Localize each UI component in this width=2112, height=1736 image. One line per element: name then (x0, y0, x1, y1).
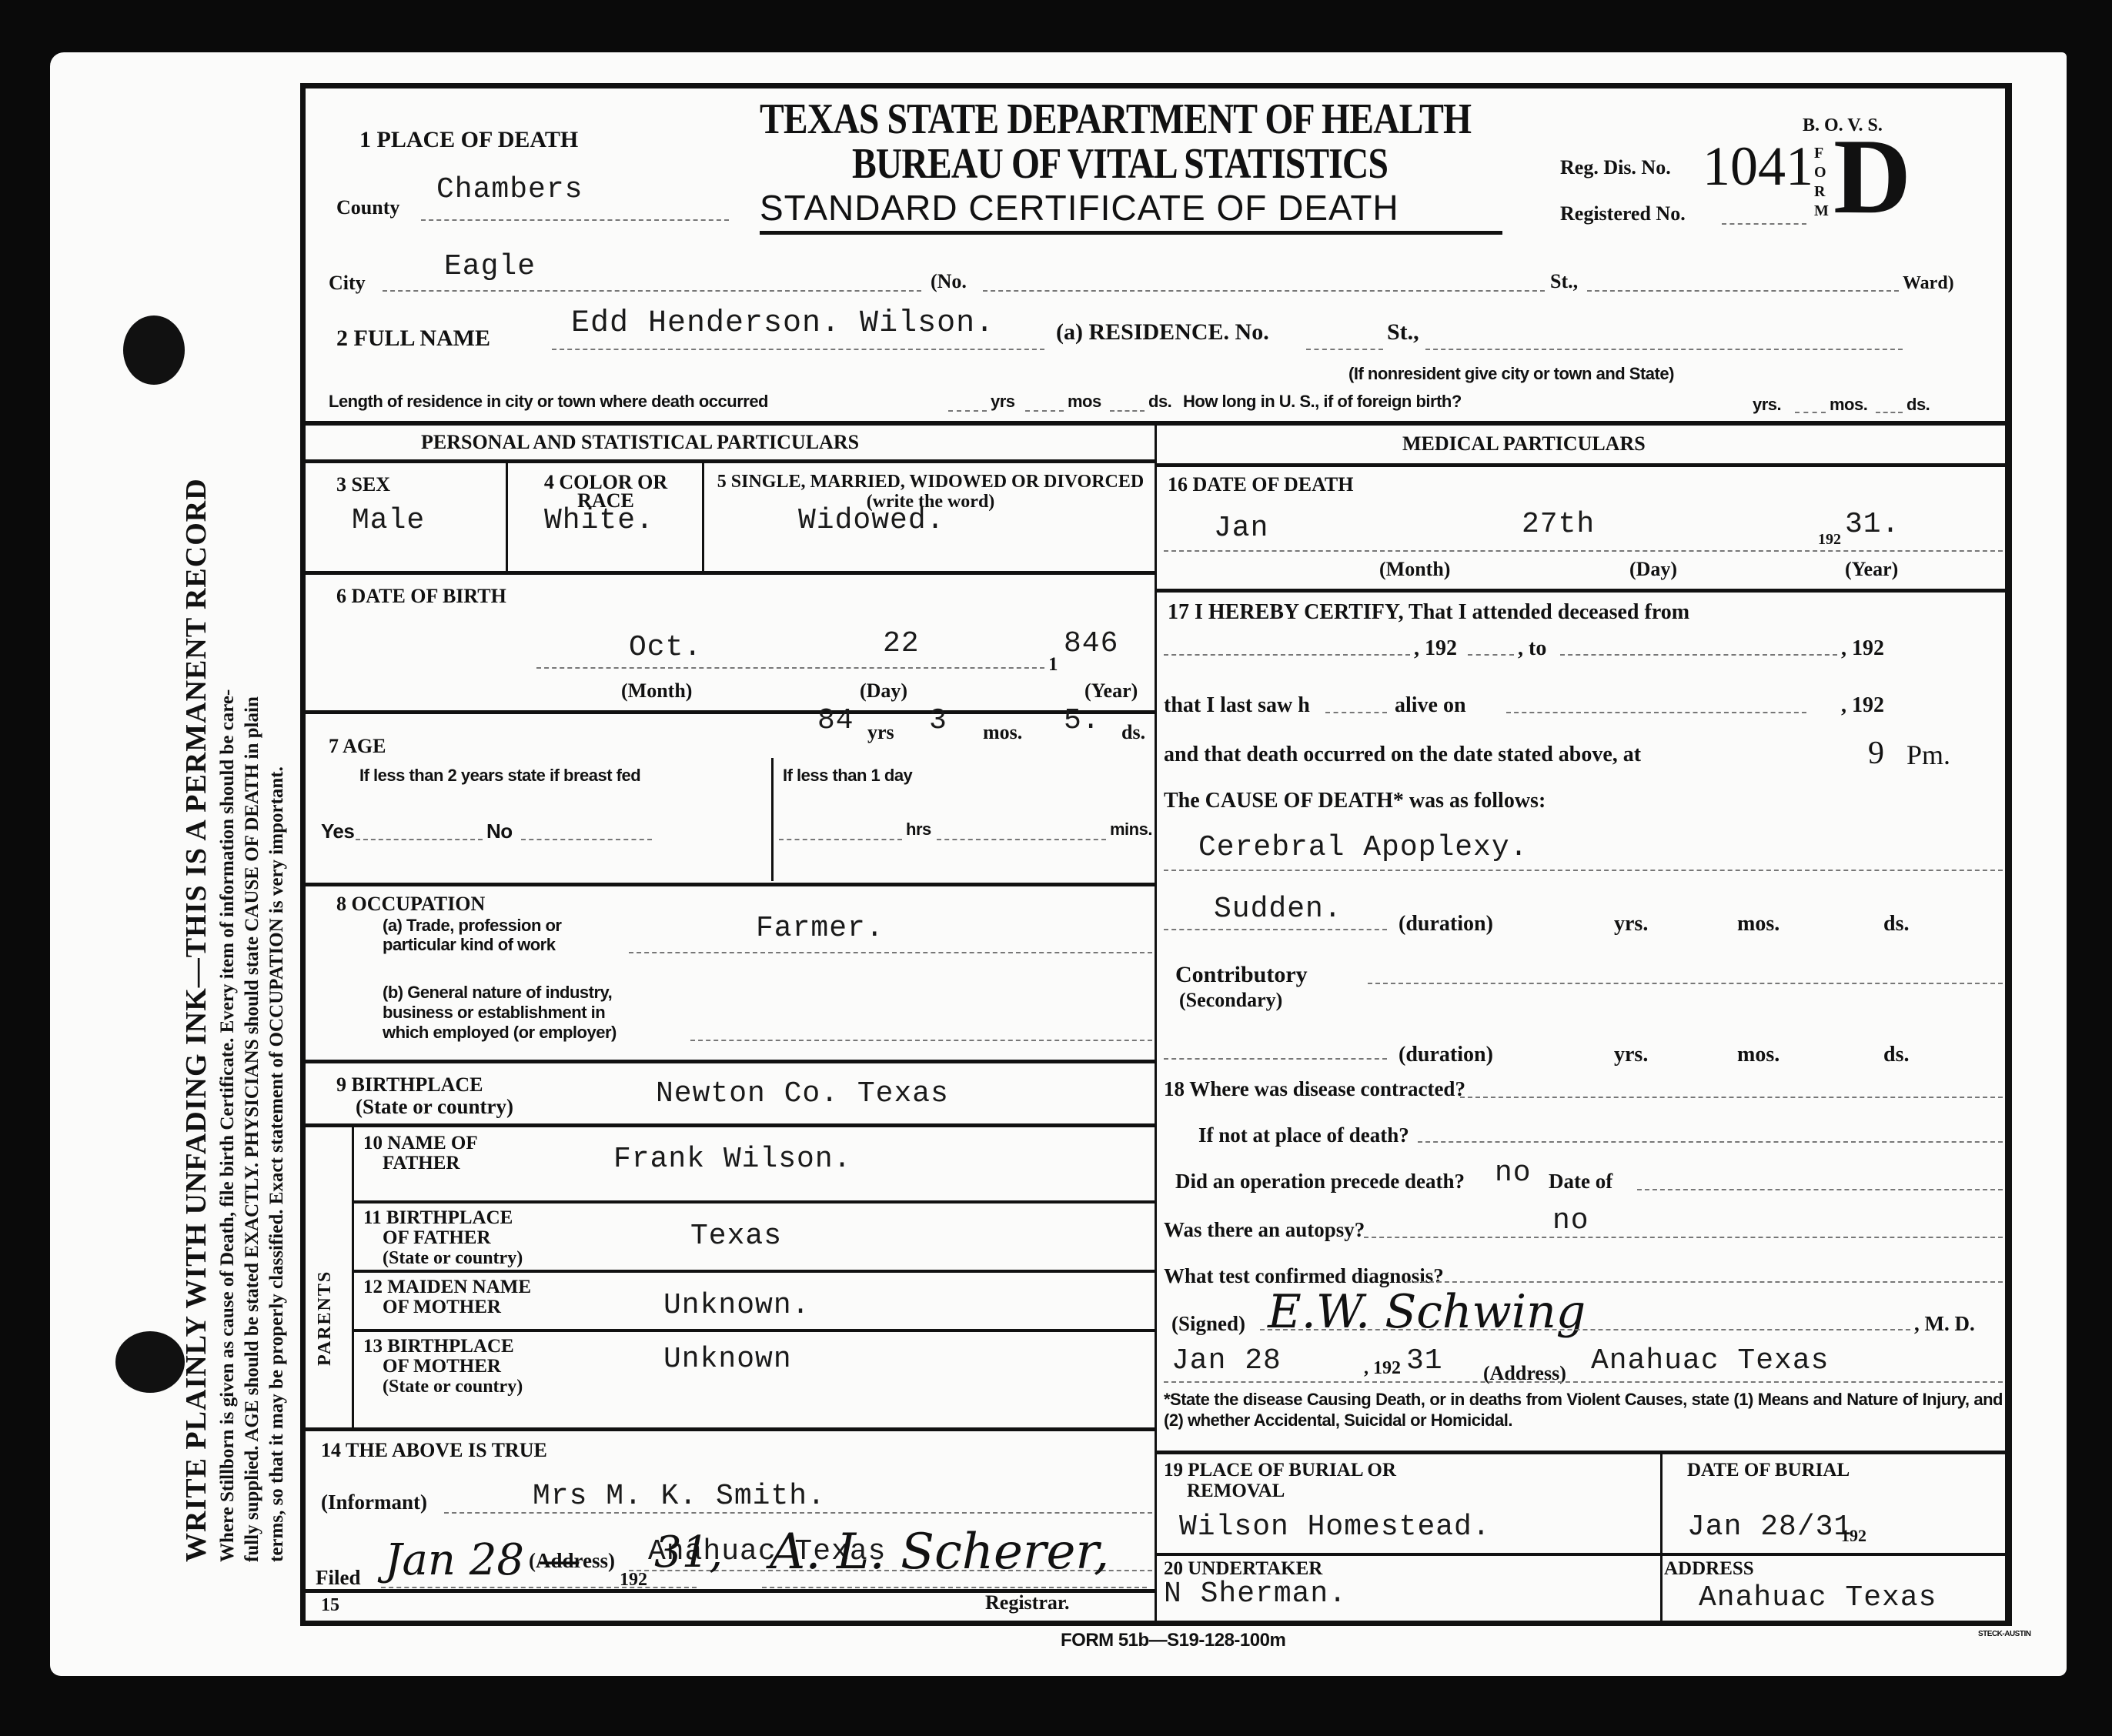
age-years: 84 (817, 704, 854, 737)
sex-label: 3 SEX (336, 473, 390, 496)
cause-of-death-label: The CAUSE OF DEATH* was as follows: (1164, 789, 1546, 813)
age-yrs-caption: yrs (867, 721, 894, 744)
duration-ds-label: ds. (1883, 912, 1909, 936)
st-label: St., (1550, 270, 1578, 293)
form-vertical-label: FORM (1814, 144, 1830, 221)
physician-address-value: Anahuac Texas (1591, 1344, 1829, 1377)
length-residence-label: Length of residence in city or town wher… (329, 392, 768, 412)
cause-footnote: *State the disease Causing Death, or in … (1164, 1389, 2003, 1431)
cause-of-death-value: Cerebral Apoplexy. (1198, 831, 1528, 864)
physician-sign-year: 31 (1406, 1344, 1443, 1377)
date-of-death-year: 31. (1845, 508, 1900, 541)
father-label: 10 NAME OFFATHER (363, 1133, 478, 1173)
race-value: White. (544, 504, 654, 537)
physician-sign-year-prefix: , 192 (1364, 1358, 1401, 1379)
residence-st-label: St., (1387, 319, 1419, 346)
above-is-true-label: 14 THE ABOVE IS TRUE (321, 1439, 547, 1462)
death-time: 9 (1868, 735, 1884, 772)
mother-birthplace-value: Unknown (663, 1343, 792, 1376)
personal-section-title: PERSONAL AND STATISTICAL PARTICULARS (421, 431, 859, 454)
nonresident-note: (If nonresident give city or town and St… (1348, 364, 1674, 384)
death-occurred-label: and that death occurred on the date stat… (1164, 743, 1641, 767)
registrar-signature: A. L. Scherer, (770, 1524, 1109, 1581)
cause-duration-value: Sudden. (1214, 893, 1342, 926)
breast-fed-yes-label: Yes (321, 820, 354, 843)
dob-year: 846 (1064, 627, 1118, 660)
foreign-yrs-label: yrs. (1753, 395, 1781, 415)
age-months: 3 (929, 704, 947, 737)
parents-label: PARENTS (315, 1270, 336, 1366)
occupation-a-label-1: (a) Trade, profession or (383, 916, 562, 936)
undertaker-value: N Sherman. (1164, 1577, 1347, 1611)
burial-place-label: 19 PLACE OF BURIAL ORREMOVAL (1164, 1460, 1396, 1501)
city-value: Eagle (444, 250, 536, 283)
breast-fed-no-label: No (486, 820, 513, 843)
occupation-b-label-1: (b) General nature of industry, (383, 983, 612, 1003)
birthplace-sublabel: (State or country) (356, 1095, 513, 1119)
birthplace-value: Newton Co. Texas (656, 1077, 949, 1110)
county-label: County (336, 196, 399, 219)
registrar-label: Registrar. (985, 1591, 1070, 1614)
mother-birthplace-label: 13 BIRTHPLACEOF MOTHER(State or country) (363, 1337, 523, 1397)
breast-fed-note: If less than 2 years state if breast fed (359, 766, 640, 786)
title-bureau: BUREAU OF VITAL STATISTICS (852, 139, 1388, 189)
certify-to-year: , 192 (1841, 636, 1884, 661)
ward-label: Ward) (1903, 273, 1954, 294)
hrs-label: hrs (906, 820, 931, 840)
length-ds-label: ds. (1148, 392, 1171, 412)
dod-month-caption: (Month) (1379, 558, 1450, 581)
burial-place-value: Wilson Homestead. (1179, 1511, 1491, 1544)
operation-label: Did an operation precede death? (1175, 1170, 1465, 1193)
residence-label: (a) RESIDENCE. No. (1056, 319, 1269, 346)
foreign-birth-label: How long in U. S., if of foreign birth? (1183, 392, 1462, 412)
dob-year-prefix: 1 (1048, 654, 1058, 676)
form-number: FORM 51b—S19-128-100m (1061, 1630, 1285, 1651)
ink-blot-bottom (115, 1331, 185, 1393)
side-line-2: Where Stillborn is given as cause of Dea… (216, 131, 240, 1593)
dob-day: 22 (883, 627, 920, 660)
alive-on-year: , 192 (1841, 693, 1884, 718)
reg-dis-value: 1041 (1703, 135, 1813, 199)
duration-mos-label: mos. (1737, 912, 1779, 936)
operation-date-label: Date of (1549, 1170, 1612, 1193)
mins-label: mins. (1110, 820, 1152, 840)
filed-label: Filed (316, 1566, 361, 1590)
filed-number: 15 (321, 1595, 339, 1616)
burial-date-suffix: 192 (1841, 1526, 1866, 1546)
age-days: 5. (1064, 704, 1101, 737)
title-certificate: STANDARD CERTIFICATE OF DEATH (760, 187, 1399, 229)
age-mos-caption: mos. (983, 721, 1022, 744)
less-than-day-note: If less than 1 day (783, 766, 912, 786)
no-label: (No. (931, 270, 967, 293)
contributory-ds-label: ds. (1883, 1043, 1909, 1067)
occupation-label: 8 OCCUPATION (336, 893, 485, 916)
dob-month: Oct. (629, 631, 702, 664)
physician-sign-date: Jan 28 (1171, 1344, 1282, 1377)
length-mos-label: mos (1068, 392, 1101, 412)
certify-to-label: , to (1518, 636, 1546, 661)
place-of-death-label: 1 PLACE OF DEATH (359, 127, 578, 153)
title-department: TEXAS STATE DEPARTMENT OF HEALTH (760, 95, 1471, 144)
filed-year: 31, (654, 1527, 723, 1577)
full-name-label: 2 FULL NAME (336, 325, 490, 352)
signed-label: (Signed) (1171, 1312, 1245, 1336)
last-saw-label: that I last saw h (1164, 693, 1310, 718)
father-birthplace-value: Texas (690, 1220, 782, 1253)
date-of-death-year-prefix: 192 (1818, 531, 1841, 549)
birthplace-label: 9 BIRTHPLACE (336, 1073, 483, 1097)
death-am-pm: Pm. (1906, 739, 1950, 771)
duration-yrs-label: yrs. (1614, 912, 1648, 936)
date-of-death-day: 27th (1522, 508, 1595, 541)
informant-value: Mrs M. K. Smith. (533, 1480, 826, 1513)
contributory-mos-label: mos. (1737, 1043, 1779, 1067)
undertaker-address-value: Anahuac Texas (1699, 1581, 1937, 1614)
certify-text: 17 I HEREBY CERTIFY, That I attended dec… (1168, 600, 1689, 625)
full-name-value: Edd Henderson. Wilson. (571, 306, 994, 341)
occupation-a-label-2: particular kind of work (383, 935, 555, 955)
alive-on-label: alive on (1395, 693, 1466, 718)
age-label: 7 AGE (329, 735, 386, 758)
marital-value: Widowed. (798, 504, 944, 537)
reg-dis-label: Reg. Dis. No. (1560, 156, 1671, 179)
ink-blot-top (123, 315, 185, 385)
county-value: Chambers (436, 173, 583, 206)
contributory-yrs-label: yrs. (1614, 1043, 1648, 1067)
dob-year-caption: (Year) (1084, 679, 1138, 703)
duration-label: (duration) (1399, 912, 1493, 936)
undertaker-label: 20 UNDERTAKER (1164, 1558, 1322, 1580)
burial-date-value: Jan 28/31 (1687, 1511, 1852, 1544)
father-value: Frank Wilson. (613, 1143, 851, 1176)
secondary-label: (Secondary) (1179, 989, 1282, 1012)
registered-no-label: Registered No. (1560, 202, 1686, 225)
autopsy-value: no (1552, 1204, 1589, 1237)
contributory-duration-label: (duration) (1399, 1043, 1493, 1067)
undertaker-address-label: ADDRESS (1664, 1558, 1754, 1580)
age-ds-caption: ds. (1121, 721, 1145, 744)
dob-day-caption: (Day) (860, 679, 907, 703)
disease-contracted-label: 18 Where was disease contracted? (1164, 1077, 1465, 1101)
foreign-ds-label: ds. (1906, 395, 1930, 415)
occupation-b-label-2: business or establishment in (383, 1003, 605, 1023)
length-yrs-label: yrs (991, 392, 1015, 412)
not-place-of-death-label: If not at place of death? (1198, 1123, 1409, 1147)
form-code: D (1833, 119, 1911, 235)
side-instructions: WRITE PLAINLY WITH UNFADING INK—THIS IS … (177, 131, 292, 1593)
death-certificate-form: 1 PLACE OF DEATH County Chambers TEXAS S… (300, 83, 2012, 1626)
contributory-label: Contributory (1175, 962, 1308, 988)
dob-month-caption: (Month) (621, 679, 692, 703)
autopsy-label: Was there an autopsy? (1164, 1218, 1365, 1242)
operation-value: no (1495, 1157, 1532, 1190)
certify-from-year: , 192 (1414, 636, 1457, 661)
burial-date-label: DATE OF BURIAL (1687, 1460, 1850, 1481)
dod-year-caption: (Year) (1845, 558, 1898, 581)
physician-signature: E.W. Schwing (1268, 1285, 1586, 1339)
date-of-death-label: 16 DATE OF DEATH (1168, 473, 1353, 496)
side-line-3: fully supplied. AGE should be stated EXA… (240, 131, 265, 1593)
mother-maiden-name-label: 12 MAIDEN NAMEOF MOTHER (363, 1277, 531, 1317)
side-line-4: terms, so that it may be properly classi… (265, 131, 289, 1593)
medical-section-title: MEDICAL PARTICULARS (1402, 432, 1646, 456)
md-label: , M. D. (1914, 1312, 1975, 1336)
occupation-b-label-3: which employed (or employer) (383, 1023, 617, 1043)
dob-label: 6 DATE OF BIRTH (336, 585, 506, 608)
occupation-value: Farmer. (756, 912, 884, 945)
dod-day-caption: (Day) (1629, 558, 1677, 581)
filed-date: Jan 28 — (385, 1535, 581, 1585)
date-of-death-month: Jan (1214, 512, 1268, 545)
sex-value: Male (352, 504, 425, 537)
printer-mark: STECK-AUSTIN (1978, 1630, 2030, 1638)
foreign-mos-label: mos. (1830, 395, 1867, 415)
city-label: City (329, 272, 366, 295)
informant-label: (Informant) (321, 1491, 427, 1514)
father-birthplace-label: 11 BIRTHPLACEOF FATHER(State or country) (363, 1208, 523, 1268)
mother-maiden-name-value: Unknown. (663, 1289, 810, 1322)
